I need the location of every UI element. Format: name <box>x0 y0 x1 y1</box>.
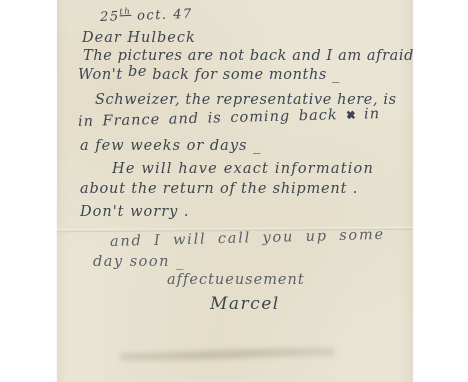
letter-line: day soon _ <box>93 254 185 270</box>
letter-closing: affectueusement <box>167 272 305 288</box>
letter-line: He will have exact information <box>112 161 374 177</box>
letter-date: 25th oct. 47 <box>100 2 193 26</box>
letter-line: Don't worry . <box>80 204 190 220</box>
inserted-word: be <box>128 64 147 80</box>
line-text: back for some months _ <box>147 67 340 83</box>
line-text: in France and is coming back <box>78 107 347 130</box>
letter-line: Won't be back for some months _ <box>78 67 340 83</box>
letter-line: Schweizer, the representative here, is <box>95 92 397 108</box>
faint-pencil-marking <box>120 343 335 365</box>
letter-line: a few weeks or days _ <box>80 138 261 154</box>
date-rest: oct. 47 <box>131 7 193 24</box>
scribbled-out-word: ✖ <box>346 109 356 122</box>
date-day: 25 <box>100 9 120 25</box>
letter-paper: 25th oct. 47 Dear Hulbeck The pictures a… <box>57 0 413 382</box>
letter-salutation: Dear Hulbeck <box>82 30 196 46</box>
scanned-letter-view: 25th oct. 47 Dear Hulbeck The pictures a… <box>0 0 468 382</box>
letter-signature: Marcel <box>210 296 280 312</box>
date-ordinal: th <box>119 7 131 17</box>
letter-line: in France and is coming back ✖ in <box>78 106 381 131</box>
line-text: Won't <box>78 67 128 83</box>
letter-line: The pictures are not back and I am afrai… <box>83 48 414 64</box>
letter-line: about the return of the shipment . <box>80 181 358 197</box>
line-text: in <box>355 106 380 123</box>
